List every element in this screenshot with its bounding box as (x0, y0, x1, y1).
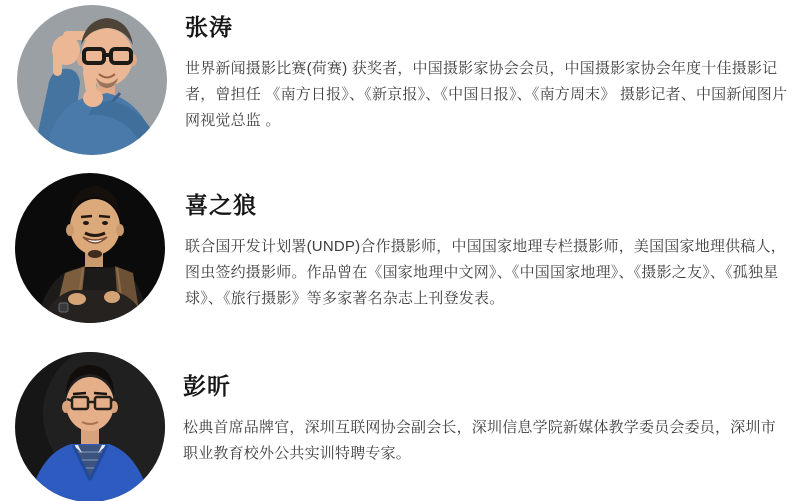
profile-bio: 松典首席品牌官，深圳互联网协会副会长，深圳信息学院新媒体教学委员会委员，深圳市职… (183, 415, 789, 467)
avatar-photo-pengxin (15, 352, 165, 501)
profile-bio: 联合国开发计划署(UNDP)合作摄影师，中国国家地理专栏摄影师，美国国家地理供稿… (185, 234, 791, 312)
profile-info-zhangtao: 张涛 世界新闻摄影比赛(荷赛) 获奖者，中国摄影家协会会员，中国摄影家协会年度十… (185, 12, 791, 134)
avatar-photo-zhangtao (17, 5, 167, 155)
profile-name: 彭昕 (183, 371, 789, 402)
profile-name: 喜之狼 (185, 190, 791, 221)
profile-info-pengxin: 彭昕 松典首席品牌官，深圳互联网协会副会长，深圳信息学院新媒体教学委员会委员，深… (183, 371, 789, 467)
portrait-frame-gesture-illustration (17, 5, 167, 155)
portrait-blue-blazer-illustration (15, 352, 165, 501)
avatar-photo-xizhilang (15, 173, 165, 323)
portrait-crossed-arms-illustration (15, 173, 165, 323)
profile-info-xizhilang: 喜之狼 联合国开发计划署(UNDP)合作摄影师，中国国家地理专栏摄影师，美国国家… (185, 190, 791, 312)
profile-name: 张涛 (185, 12, 791, 43)
profile-bio: 世界新闻摄影比赛(荷赛) 获奖者，中国摄影家协会会员，中国摄影家协会年度十佳摄影… (185, 56, 791, 134)
